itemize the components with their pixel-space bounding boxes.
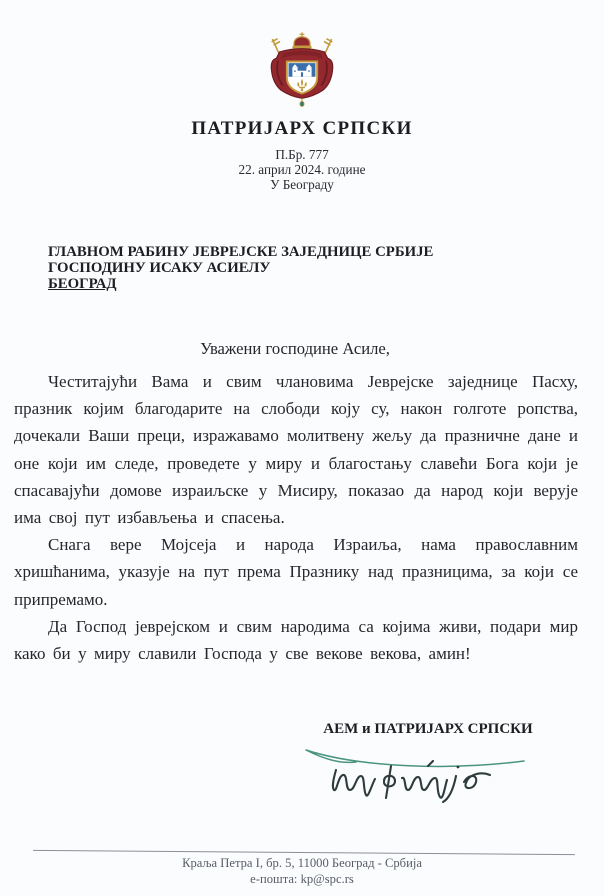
recipient-city: БЕОГРАД: [48, 276, 433, 292]
paragraph-3: Да Господ јеврејском и свим народима са …: [14, 613, 578, 667]
patriarchate-emblem-icon: [262, 31, 342, 108]
handwritten-signature: [296, 740, 532, 806]
letter-body: Честитајући Вама и свим члановима Јевреј…: [14, 368, 578, 667]
footer-rule: [33, 850, 575, 855]
letter-page: ПАТРИЈАРХ СРПСКИ П.Бр. 777 22. април 202…: [0, 0, 604, 896]
footer: Краља Петра I, бр. 5, 11000 Београд - Ср…: [0, 856, 604, 887]
letterhead: ПАТРИЈАРХ СРПСКИ П.Бр. 777 22. април 202…: [0, 0, 604, 192]
recipient-line-2: ГОСПОДИНУ ИСАКУ АСИЕЛУ: [48, 260, 433, 276]
letter-date: 22. април 2024. године: [0, 163, 604, 178]
pendant-gem-icon: [300, 98, 304, 106]
signature-title: АЕМ и ПАТРИЈАРХ СРПСКИ: [317, 721, 539, 738]
recipient-block: ГЛАВНОМ РАБИНУ ЈЕВРЕЈСКЕ ЗАЈЕДНИЦЕ СРБИЈ…: [48, 244, 433, 292]
recipient-line-1: ГЛАВНОМ РАБИНУ ЈЕВРЕЈСКЕ ЗАЈЕДНИЦЕ СРБИЈ…: [48, 244, 433, 260]
footer-address: Краља Петра I, бр. 5, 11000 Београд - Ср…: [0, 856, 604, 872]
letter-place: У Београду: [0, 178, 604, 193]
paragraph-1: Честитајући Вама и свим члановима Јевреј…: [14, 368, 578, 531]
shield: [287, 62, 317, 94]
reference-number: П.Бр. 777: [0, 148, 604, 163]
signature-flourish-stroke: [306, 750, 524, 766]
salutation: Уважени господине Асиле,: [0, 339, 590, 359]
crown-icon: [292, 32, 311, 49]
footer-email: е-пошта: kp@spc.rs: [0, 872, 604, 888]
reference-block: П.Бр. 777 22. април 2024. године У Беогр…: [0, 148, 604, 192]
letterhead-title: ПАТРИЈАРХ СРПСКИ: [0, 118, 604, 140]
paragraph-2: Снага вере Мојсеја и народа Израиља, нам…: [14, 531, 578, 613]
signature-name-strokes: [333, 761, 490, 802]
